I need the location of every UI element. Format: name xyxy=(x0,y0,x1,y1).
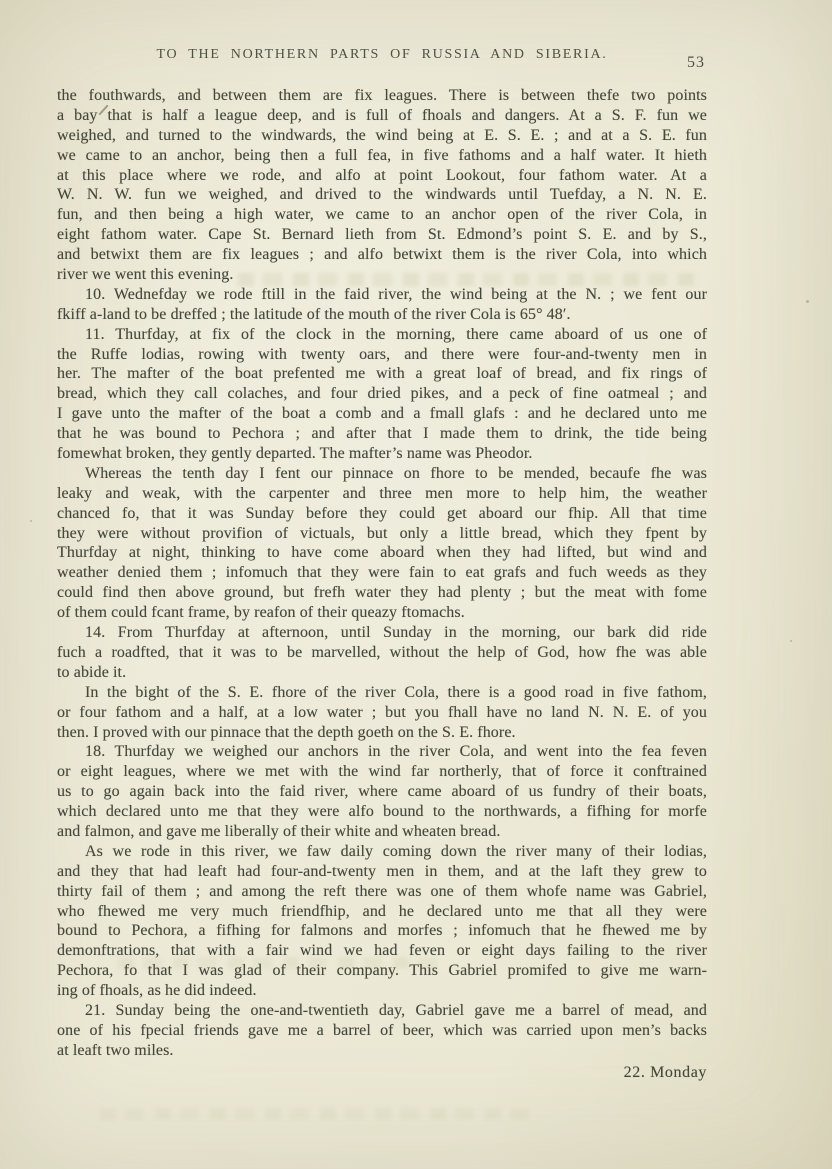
paragraph: 14. From Thurfday at afternoon, until Su… xyxy=(57,623,707,683)
paragraph: In the bight of the S. E. fhore of the r… xyxy=(57,683,707,743)
text-line: bound to Pechora, a fifhing for falmons … xyxy=(57,921,707,941)
text-line: and betwixt them are fix leagues ; and a… xyxy=(57,245,707,265)
text-line: fomewhat broken, they gently departed. T… xyxy=(57,444,707,464)
text-line: which declared unto me that they were al… xyxy=(57,802,707,822)
running-title: TO THE NORTHERN PARTS OF RUSSIA AND SIBE… xyxy=(57,47,707,63)
dust-speck xyxy=(30,520,32,522)
text-line: weighed, and turned to the windwards, th… xyxy=(57,126,707,146)
text-line: us to go again back into the faid river,… xyxy=(57,782,707,802)
text-line: and falmon, and gave me liberally of the… xyxy=(57,822,707,842)
text-line: leaky and weak, with the carpenter and t… xyxy=(57,484,707,504)
text-line: Pechora, fo that I was glad of their com… xyxy=(57,961,707,981)
text-line: eight fathom water. Cape St. Bernard lie… xyxy=(57,225,707,245)
paragraph: As we rode in this river, we faw daily c… xyxy=(57,842,707,1001)
text-line: fun, and then being a high water, we cam… xyxy=(57,205,707,225)
text-line: then. I proved with our pinnace that the… xyxy=(57,723,707,743)
text-line: fkiff a-land to be dreffed ; the latitud… xyxy=(57,305,707,325)
text-line: her. The mafter of the boat prefented me… xyxy=(57,364,707,384)
dust-speck xyxy=(806,300,809,303)
book-page-scan: { "document": { "header": { "running_tit… xyxy=(0,0,832,1169)
scanned-page-background: TO THE NORTHERN PARTS OF RUSSIA AND SIBE… xyxy=(0,0,832,1169)
text-line: As we rode in this river, we faw daily c… xyxy=(57,842,707,862)
text-line: to abide it. xyxy=(57,663,707,683)
text-block: the fouthwards, and between them are fix… xyxy=(57,86,707,1061)
paragraph: 21. Sunday being the one-and-twentieth d… xyxy=(57,1001,707,1061)
paragraph: 11. Thurfday, at fix of the clock in the… xyxy=(57,325,707,464)
paragraph: 10. Wednefday we rode ftill in the faid … xyxy=(57,285,707,325)
text-line: river we went this evening. xyxy=(57,265,707,285)
text-line: fuch a roadfted, that it was to be marve… xyxy=(57,643,707,663)
paragraph: the fouthwards, and between them are fix… xyxy=(57,86,707,285)
text-line: 11. Thurfday, at fix of the clock in the… xyxy=(57,325,707,345)
paragraph: 18. Thurfday we weighed our anchors in t… xyxy=(57,742,707,841)
paragraph: Whereas the tenth day I fent our pinnace… xyxy=(57,464,707,623)
text-line: we came to an anchor, being then a full … xyxy=(57,146,707,166)
text-line: of them could fcant frame, by reafon of … xyxy=(57,603,707,623)
text-line: 10. Wednefday we rode ftill in the faid … xyxy=(57,285,707,305)
text-line: weather denied them ; infomuch that they… xyxy=(57,563,707,583)
text-line: I gave unto the mafter of the boat a com… xyxy=(57,404,707,424)
text-line: thirty fail of them ; and among the reft… xyxy=(57,882,707,902)
text-line: 21. Sunday being the one-and-twentieth d… xyxy=(57,1001,707,1021)
catchword: 22. Monday xyxy=(57,1064,707,1082)
dust-speck xyxy=(790,640,792,642)
text-line: they were without provifion of victuals,… xyxy=(57,524,707,544)
text-line: 14. From Thurfday at afternoon, until Su… xyxy=(57,623,707,643)
text-line: that he was bound to Pechora ; and after… xyxy=(57,424,707,444)
text-line: Whereas the tenth day I fent our pinnace… xyxy=(57,464,707,484)
text-line: one of his fpecial friends gave me a bar… xyxy=(57,1021,707,1041)
text-line: ing of fhoals, as he did indeed. xyxy=(57,981,707,1001)
text-line: or four fathom and a half, at a low wate… xyxy=(57,703,707,723)
text-line: 18. Thurfday we weighed our anchors in t… xyxy=(57,742,707,762)
text-line: the Ruffe lodias, rowing with twenty oar… xyxy=(57,345,707,365)
text-line: W. N. W. fun we weighed, and drived to t… xyxy=(57,185,707,205)
text-line: In the bight of the S. E. fhore of the r… xyxy=(57,683,707,703)
page-number: 53 xyxy=(687,54,705,72)
text-line: chanced fo, that it was Sunday before th… xyxy=(57,504,707,524)
text-line: at leaft two miles. xyxy=(57,1041,707,1061)
text-line: who fhewed me very much friendfhip, and … xyxy=(57,902,707,922)
text-line: the fouthwards, and between them are fix… xyxy=(57,86,707,106)
verso-showthrough-smudge xyxy=(100,1108,530,1120)
text-line: at this place where we rode, and alfo at… xyxy=(57,166,707,186)
text-line: bread, which they call colaches, and fou… xyxy=(57,384,707,404)
text-line: could find then above ground, but frefh … xyxy=(57,583,707,603)
text-line: Thurfday at night, thinking to have come… xyxy=(57,543,707,563)
page-header: TO THE NORTHERN PARTS OF RUSSIA AND SIBE… xyxy=(57,47,707,71)
text-line: and they that had leaft had four-and-twe… xyxy=(57,862,707,882)
text-line: a bay that is half a league deep, and is… xyxy=(57,106,707,126)
text-line: or eight leagues, where we met with the … xyxy=(57,762,707,782)
text-line: demonftrations, that with a fair wind we… xyxy=(57,941,707,961)
